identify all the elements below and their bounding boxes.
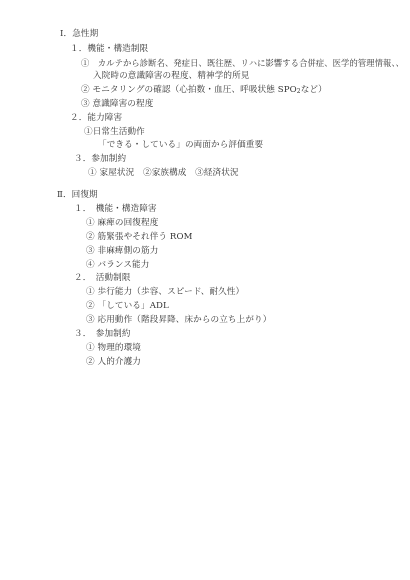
list-item: ② 筋緊張やそれ伴う ROM bbox=[86, 231, 193, 243]
list-item-text: など） bbox=[301, 85, 327, 95]
list-item: ① 麻痺の回復程度 bbox=[86, 217, 158, 229]
subsection-heading: １． 機能・構造障害 bbox=[74, 203, 157, 215]
list-item: ① 物理的環境 bbox=[86, 342, 141, 354]
list-item: ①日常生活動作 bbox=[84, 126, 145, 138]
list-item: ③ 意識障害の程度 bbox=[81, 98, 153, 110]
list-item: ③ 非麻痺側の筋力 bbox=[86, 245, 158, 257]
subsection-heading: １．機能・構造制限 bbox=[70, 43, 148, 55]
subsection-heading: ３．参加制約 bbox=[74, 153, 126, 165]
list-item: ① カルテから診断名、発症日、既往歴、リハに影響する合併症、医学的管理情報、、 bbox=[81, 57, 404, 69]
section-heading-acute: Ⅰ．急性期 bbox=[60, 28, 98, 40]
list-item: ② モニタリングの確認（心拍数・血圧、呼吸状態 SPO2など） bbox=[81, 84, 327, 96]
subsection-heading: ２．能力障害 bbox=[70, 112, 122, 124]
list-item: ① 歩行能力（歩容、スピード、耐久性） bbox=[86, 286, 244, 298]
list-item-text: ② モニタリングの確認（心拍数・血圧、呼吸状態 SPO bbox=[81, 85, 297, 95]
list-item: 入院時の意識障害の程度、精神学的所見 bbox=[93, 70, 250, 82]
list-item: ④ バランス能力 bbox=[86, 259, 149, 271]
document-page: Ⅰ．急性期 １．機能・構造制限 ① カルテから診断名、発症日、既往歴、リハに影響… bbox=[0, 0, 410, 580]
subsection-heading: ２． 活動制限 bbox=[74, 272, 131, 284]
list-item: 「できる・している」の両面から評価重要 bbox=[98, 139, 263, 151]
list-item: ② 人的介護力 bbox=[86, 356, 141, 368]
subsection-heading: ３． 参加制約 bbox=[74, 328, 131, 340]
list-item: ③ 応用動作（階段昇降、床からの立ち上がり） bbox=[86, 314, 271, 326]
section-heading-recovery: Ⅱ．回復期 bbox=[57, 189, 98, 201]
list-item: ① 家屋状況 ②家族構成 ③経済状況 bbox=[88, 167, 239, 179]
list-item: ② 「している」ADL bbox=[86, 300, 169, 312]
